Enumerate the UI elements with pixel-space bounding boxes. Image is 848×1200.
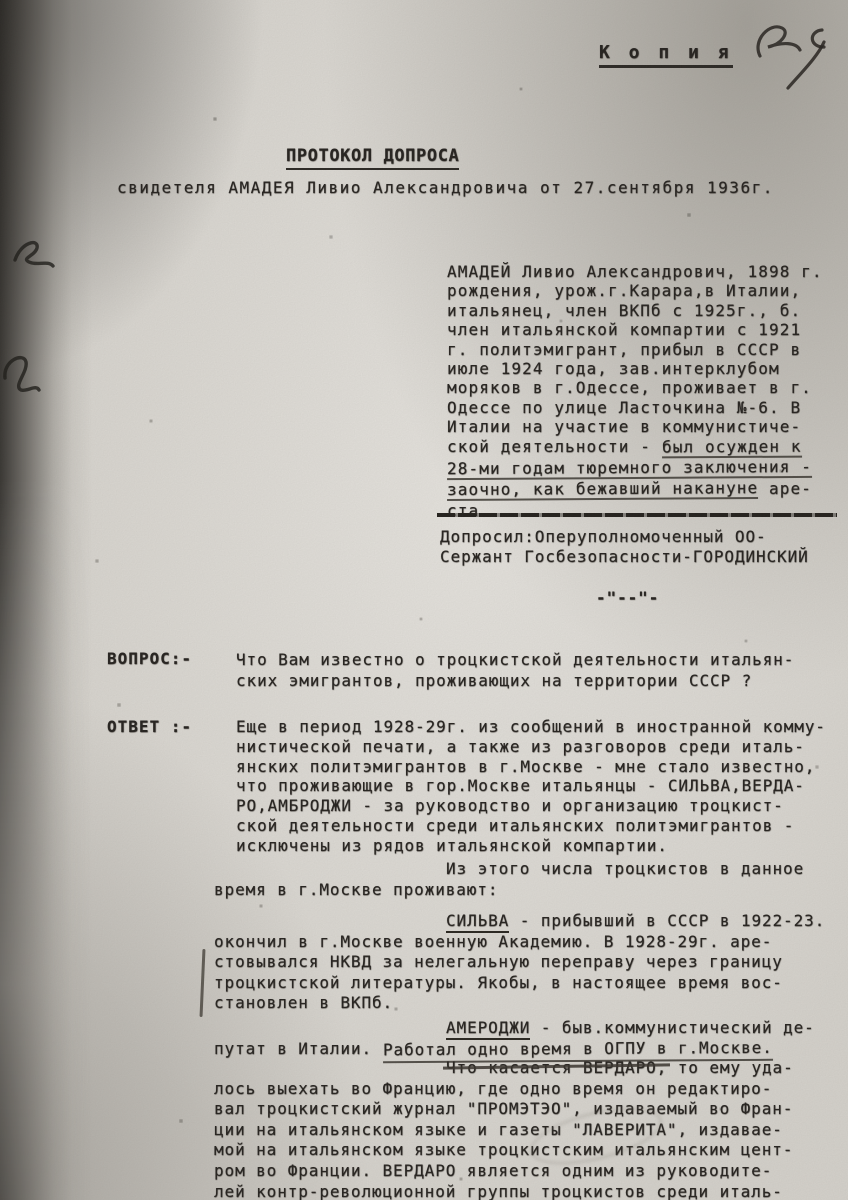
bio-line: 28-ми годам тюремного заключения -	[447, 458, 823, 479]
answer-block: Еще в период 1928-29г. из сообщений в ин…	[236, 717, 826, 856]
answer-line: нистической печати, а также из разговоро…	[236, 737, 826, 757]
section-separator: -"--"-	[596, 588, 659, 607]
bio-line: член итальянской компартии с 1921	[447, 320, 823, 339]
paragraph-line: Из этого числа троцкистов в данное	[214, 859, 804, 880]
bio-line: ской деятельности - был осужден к	[447, 437, 823, 458]
interrogator-block: Допросил:Оперуполномоченный ОО- Сержант …	[440, 527, 809, 567]
question-block: Что Вам известно о троцкистской деятельн…	[236, 649, 794, 691]
bio-line: Италии на участие в коммунистиче-	[447, 417, 823, 436]
bio-line: рождения, урож.г.Карара,в Италии,	[447, 281, 823, 300]
paragraph-line: троцкистской литературы. Якобы, в настоя…	[214, 973, 825, 994]
question-line: Что Вам известно о троцкистской деятельн…	[236, 649, 794, 670]
bio-line: Одессе по улице Ласточкина №-6. В	[447, 398, 823, 417]
pencil-struck-text: Что касается ВЕРДАРО,	[446, 1058, 667, 1079]
pencil-underlined-text: 28-ми годам тюремного заключения -	[447, 457, 812, 481]
underlined-name: СИЛЬВА	[446, 911, 509, 933]
question-label: ВОПРОС:-	[107, 649, 192, 668]
handwritten-scribble-icon	[0, 350, 50, 398]
page-title: ПРОТОКОЛ ДОПРОСА	[286, 146, 459, 170]
question-line: ских эмигрантов, проживающих на территор…	[236, 670, 794, 691]
pencil-underlined-text: был осужден к	[662, 436, 802, 458]
paragraph-line: ции на итальянском языке и газеты "ЛАВЕР…	[214, 1120, 794, 1141]
interrogator-line: Сержант Госбезопасности-ГОРОДИНСКИЙ	[440, 547, 809, 567]
paragraph-line: вал троцкистский журнал "ПРОМЭТЭО", изда…	[214, 1099, 794, 1120]
copy-stamp: К о п и я	[599, 42, 733, 68]
pencil-underlined-text: заочно, как бежавший накануне	[447, 479, 758, 502]
answer-line: что проживающие в гор.Москве итальянцы -…	[236, 776, 826, 796]
bio-line: АМАДЕЙ Ливио Александрович, 1898 г.	[447, 262, 823, 281]
paragraph-line: окончил в г.Москве военную Академию. В 1…	[214, 932, 825, 953]
handwritten-scribble-icon	[12, 236, 62, 278]
answer-line: Еще в период 1928-29г. из сообщений в ин…	[236, 717, 826, 737]
document-page: К о п и я ПРОТОКОЛ ДОПРОСА свидетеля АМА…	[0, 0, 848, 1200]
answer-line: РО,АМБРОДЖИ - за руководство и организац…	[236, 796, 826, 816]
paragraph-line: АМЕРОДЖИ - быв.коммунистический де-	[214, 1018, 815, 1039]
answer-line: ской деятельности среди итальянских поли…	[236, 816, 826, 836]
bio-line: июле 1924 года, зав.интерклубом	[447, 359, 823, 378]
pencil-margin-mark	[200, 949, 206, 1017]
paragraph-line: становлен в ВКПб.	[214, 993, 825, 1014]
bio-line: моряков в г.Одессе, проживает в г.	[447, 378, 823, 397]
bio-line: итальянец, член ВКПб с 1925г., б.	[447, 301, 823, 320]
page-subtitle: свидетеля АМАДЕЯ Ливио Александровича от…	[117, 178, 774, 197]
paragraph-line: лось выехать во Францию, где одно время …	[214, 1079, 794, 1100]
paragraph-line: ром во Франции. ВЕРДАРО является одним и…	[214, 1161, 794, 1182]
bio-line: заочно, как бежавший накануне аре-	[447, 479, 823, 500]
answer-line: янских политэмигрантов в г.Москве - мне …	[236, 757, 826, 777]
paper-specks	[0, 0, 2, 2]
typed-divider-line	[437, 513, 837, 517]
answer-label: ОТВЕТ :-	[107, 717, 192, 736]
underlined-name: АМЕРОДЖИ	[446, 1018, 530, 1040]
silva-paragraph: СИЛЬВА - прибывший в СССР в 1922-23. око…	[214, 911, 825, 1014]
paragraph-line: СИЛЬВА - прибывший в СССР в 1922-23.	[214, 911, 825, 932]
interrogator-line: Допросил:Оперуполномоченный ОО-	[440, 527, 809, 547]
bio-line: г. политэмигрант, прибыл в СССР в	[447, 340, 823, 359]
paragraph-line: мой на итальянском языке троцкистским ит…	[214, 1140, 794, 1161]
handwritten-page-number	[742, 12, 842, 102]
paragraph-line: время в г.Москве проживают:	[214, 880, 804, 901]
binding-shadow	[0, 0, 92, 1200]
verdaro-paragraph: Что касается ВЕРДАРО, то ему уда- лось в…	[214, 1058, 794, 1200]
answer-line: исключены из рядов итальянской компартии…	[236, 836, 826, 856]
biography-block: АМАДЕЙ Ливио Александрович, 1898 г. рожд…	[447, 262, 823, 520]
bio-line: ста.	[447, 501, 823, 520]
moscow-paragraph: Из этого числа троцкистов в данное время…	[214, 859, 804, 900]
paragraph-line: лей контр-революционной группы троцкисто…	[214, 1182, 794, 1200]
amerodji-paragraph: АМЕРОДЖИ - быв.коммунистический де- пута…	[214, 1018, 815, 1061]
paragraph-line: стовывался НКВД за нелегальную переправу…	[214, 952, 825, 973]
paragraph-line: Что касается ВЕРДАРО, то ему уда-	[214, 1058, 794, 1079]
